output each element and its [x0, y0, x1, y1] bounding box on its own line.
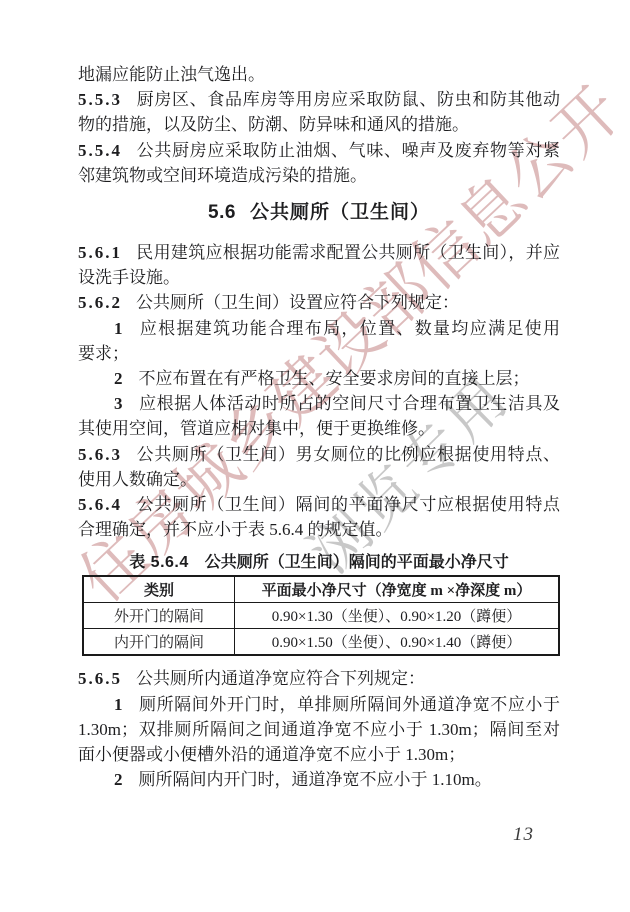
- clause-text: 公共厕所内通道净宽应符合下列规定：: [136, 669, 425, 688]
- text-line: 邻建筑物或空间环境造成污染的措施。: [78, 163, 560, 188]
- section-number: 5.6: [208, 202, 236, 223]
- clause-text: 厕所隔间内开门时，通道净宽不应小于 1.10m。: [139, 770, 492, 789]
- text-line: 地漏应能防止浊气逸出。: [78, 62, 560, 87]
- clause-text: 使用人数确定。: [78, 470, 197, 489]
- text-line: 1厕所隔间外开门时，单排厕所隔间外通道净宽不应小于: [78, 692, 560, 717]
- text-line: 合理确定，并不应小于表 5.6.4 的规定值。: [78, 517, 560, 542]
- clause-text: 公共厕所（卫生间）隔间的平面净尺寸应根据使用特点: [136, 495, 560, 514]
- table-header-category: 类别: [83, 576, 235, 603]
- section-heading: 5.6公共厕所（卫生间）: [78, 200, 560, 226]
- clause-number: 5.6.1: [78, 243, 122, 262]
- dimensions-table: 类别 平面最小净尺寸（净宽度 m ×净深度 m） 外开门的隔间 0.90×1.3…: [82, 575, 560, 656]
- clause-number: 5.6.3: [78, 445, 122, 464]
- clause-text: 应根据人体活动时所占的空间尺寸合理布置卫生洁具及: [139, 394, 561, 413]
- clause-number: 5.5.3: [78, 90, 122, 109]
- table-title: 公共厕所（卫生间）隔间的平面最小净尺寸: [205, 554, 509, 571]
- text-line: 5.6.2公共厕所（卫生间）设置应符合下列规定：: [78, 290, 560, 315]
- list-item-number: 2: [114, 369, 125, 388]
- text-line: 5.5.3厨房区、食品库房等用房应采取防鼠、防虫和防其他动: [78, 87, 560, 112]
- clause-text: 公共厕所（卫生间）男女厕位的比例应根据使用特点、: [136, 445, 560, 464]
- table-cell-category: 外开门的隔间: [83, 603, 235, 629]
- clause-text: 地漏应能防止浊气逸出。: [78, 65, 265, 84]
- table-caption: 表 5.6.4公共厕所（卫生间）隔间的平面最小净尺寸: [78, 552, 560, 573]
- table-row: 内开门的隔间 0.90×1.50（坐便）、0.90×1.40（蹲便）: [83, 629, 559, 656]
- table-cell-dimensions: 0.90×1.50（坐便）、0.90×1.40（蹲便）: [235, 629, 560, 656]
- clause-text: 不应布置在有严格卫生、安全要求房间的直接上层；: [139, 369, 530, 388]
- list-item-number: 1: [114, 319, 125, 338]
- clause-text: 厨房区、食品库房等用房应采取防鼠、防虫和防其他动: [136, 90, 560, 109]
- text-line: 5.6.3公共厕所（卫生间）男女厕位的比例应根据使用特点、: [78, 442, 560, 467]
- table-row: 外开门的隔间 0.90×1.30（坐便）、0.90×1.20（蹲便）: [83, 603, 559, 629]
- clause-text: 面小便器或小便槽外沿的通道净宽不应小于 1.30m；: [78, 745, 465, 764]
- table-header-row: 类别 平面最小净尺寸（净宽度 m ×净深度 m）: [83, 576, 559, 603]
- clause-text: 民用建筑应根据功能需求配置公共厕所（卫生间），并应: [136, 243, 560, 262]
- clause-text: 要求；: [78, 344, 129, 363]
- clause-text: 设洗手设施。: [78, 268, 180, 287]
- clause-text: 其使用空间，管道应相对集中，便于更换维修。: [78, 419, 435, 438]
- text-line: 5.5.4公共厨房应采取防止油烟、气味、噪声及废弃物等对紧: [78, 138, 560, 163]
- clause-text: 应根据建筑功能合理布局，位置、数量均应满足使用: [139, 319, 561, 338]
- document-page: 住房城乡建设部信息公开 浏览专用 地漏应能防止浊气逸出。 5.5.3厨房区、食品…: [0, 0, 630, 912]
- text-line: 面小便器或小便槽外沿的通道净宽不应小于 1.30m；: [78, 742, 560, 767]
- text-line: 1应根据建筑功能合理布局，位置、数量均应满足使用: [78, 316, 560, 341]
- text-line: 设洗手设施。: [78, 265, 560, 290]
- clause-number: 5.6.2: [78, 293, 122, 312]
- text-column: 地漏应能防止浊气逸出。 5.5.3厨房区、食品库房等用房应采取防鼠、防虫和防其他…: [78, 62, 560, 792]
- table-header-dimensions: 平面最小净尺寸（净宽度 m ×净深度 m）: [235, 576, 560, 603]
- list-item-number: 1: [114, 695, 125, 714]
- page-number: 13: [513, 824, 534, 846]
- text-line: 3应根据人体活动时所占的空间尺寸合理布置卫生洁具及: [78, 391, 560, 416]
- table-cell-dimensions: 0.90×1.30（坐便）、0.90×1.20（蹲便）: [235, 603, 560, 629]
- clause-number: 5.6.4: [78, 495, 122, 514]
- after-table-block: 5.6.5公共厕所内通道净宽应符合下列规定： 1厕所隔间外开门时，单排厕所隔间外…: [78, 666, 560, 792]
- text-line: 使用人数确定。: [78, 467, 560, 492]
- text-line: 物的措施，以及防尘、防潮、防异味和通风的措施。: [78, 112, 560, 137]
- clause-text: 邻建筑物或空间环境造成污染的措施。: [78, 166, 367, 185]
- list-item-number: 2: [114, 770, 125, 789]
- text-line: 2不应布置在有严格卫生、安全要求房间的直接上层；: [78, 366, 560, 391]
- clause-text: 物的措施，以及防尘、防潮、防异味和通风的措施。: [78, 115, 469, 134]
- table-cell-category: 内开门的隔间: [83, 629, 235, 656]
- text-line: 要求；: [78, 341, 560, 366]
- text-line: 5.6.4公共厕所（卫生间）隔间的平面净尺寸应根据使用特点: [78, 492, 560, 517]
- list-item-number: 3: [114, 394, 125, 413]
- section-title: 公共厕所（卫生间）: [250, 202, 430, 223]
- text-line: 1.30m；双排厕所隔间之间通道净宽不应小于 1.30m；隔间至对: [78, 717, 560, 742]
- clause-number: 5.6.5: [78, 669, 122, 688]
- clause-number: 5.5.4: [78, 141, 122, 160]
- text-line: 2厕所隔间内开门时，通道净宽不应小于 1.10m。: [78, 767, 560, 792]
- clause-text: 公共厨房应采取防止油烟、气味、噪声及废弃物等对紧: [136, 141, 560, 160]
- text-line: 5.6.1民用建筑应根据功能需求配置公共厕所（卫生间），并应: [78, 240, 560, 265]
- clause-text: 1.30m；双排厕所隔间之间通道净宽不应小于 1.30m；隔间至对: [78, 720, 560, 739]
- text-line: 5.6.5公共厕所内通道净宽应符合下列规定：: [78, 666, 560, 691]
- clause-text: 合理确定，并不应小于表 5.6.4 的规定值。: [78, 520, 393, 539]
- table-number: 表 5.6.4: [129, 554, 189, 571]
- clause-text: 厕所隔间外开门时，单排厕所隔间外通道净宽不应小于: [139, 695, 561, 714]
- text-line: 其使用空间，管道应相对集中，便于更换维修。: [78, 416, 560, 441]
- clause-text: 公共厕所（卫生间）设置应符合下列规定：: [136, 293, 459, 312]
